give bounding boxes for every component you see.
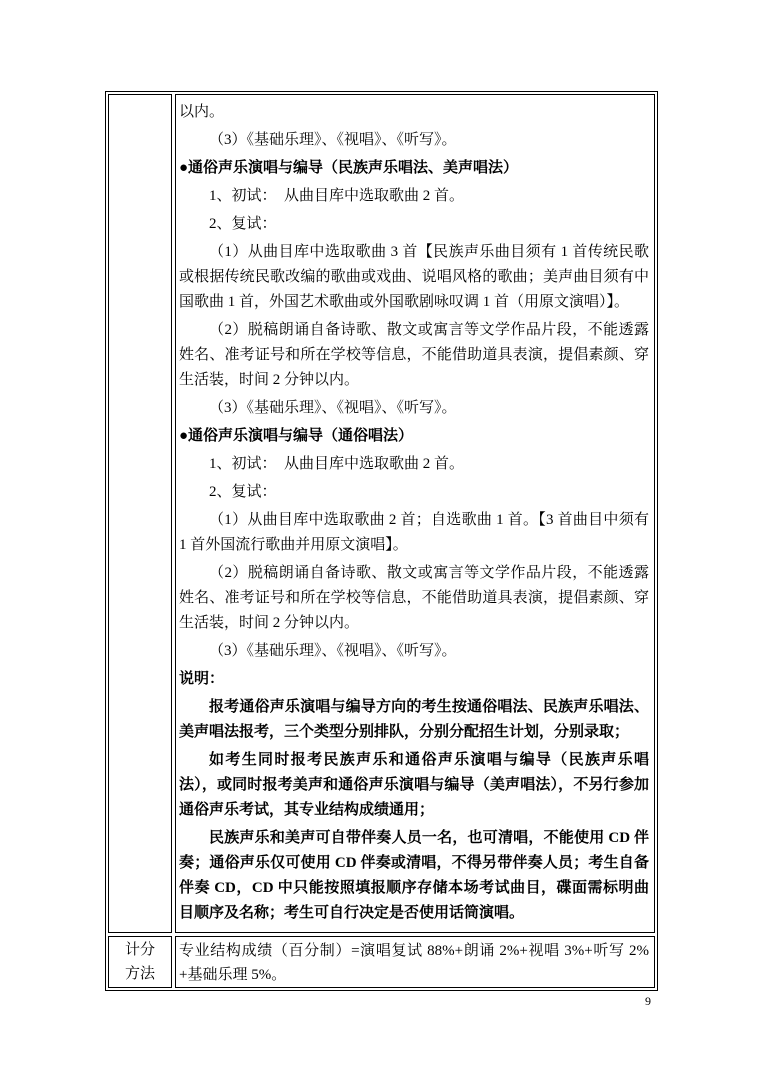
- paragraph: 以内。: [179, 100, 649, 125]
- section-heading: ●通俗声乐演唱与编导（通俗唱法）: [179, 424, 649, 449]
- section-heading: ●通俗声乐演唱与编导（民族声乐唱法、美声唱法）: [179, 156, 649, 181]
- scoring-label-line: 方法: [125, 962, 155, 986]
- requirements-label-cell: [108, 94, 172, 933]
- page-number: 9: [645, 994, 651, 1008]
- paragraph: （2）脱稿朗诵自备诗歌、散文或寓言等文学作品片段，不能透露姓名、准考证号和所在学…: [179, 561, 649, 636]
- note-paragraph: 报考通俗声乐演唱与编导方向的考生按通俗唱法、民族声乐唱法、美声唱法报考，三个类型…: [179, 695, 649, 745]
- scoring-formula: 专业结构成绩（百分制）=演唱复试 88%+朗诵 2%+视唱 3%+听写 2%+基…: [179, 939, 649, 987]
- paragraph: （3）《基础乐理》、《视唱》、《听写》。: [179, 128, 649, 153]
- note-paragraph: 如考生同时报考民族声乐和通俗声乐演唱与编导（民族声乐唱法），或同时报考美声和通俗…: [179, 748, 649, 823]
- paragraph: （3）《基础乐理》、《视唱》、《听写》。: [179, 639, 649, 664]
- table-row-scoring: 计分 方法 专业结构成绩（百分制）=演唱复试 88%+朗诵 2%+视唱 3%+听…: [108, 936, 655, 988]
- scoring-content-cell: 专业结构成绩（百分制）=演唱复试 88%+朗诵 2%+视唱 3%+听写 2%+基…: [175, 936, 655, 988]
- paragraph: 2、复试：: [179, 212, 649, 237]
- paragraph: 1、初试： 从曲目库中选取歌曲 2 首。: [179, 184, 649, 209]
- table-row-requirements: 以内。 （3）《基础乐理》、《视唱》、《听写》。 ●通俗声乐演唱与编导（民族声乐…: [108, 94, 655, 933]
- paragraph: （2）脱稿朗诵自备诗歌、散文或寓言等文学作品片段，不能透露姓名、准考证号和所在学…: [179, 318, 649, 393]
- exam-requirements-table: 以内。 （3）《基础乐理》、《视唱》、《听写》。 ●通俗声乐演唱与编导（民族声乐…: [105, 91, 658, 991]
- paragraph: 1、初试： 从曲目库中选取歌曲 2 首。: [179, 452, 649, 477]
- scoring-label-cell: 计分 方法: [108, 936, 172, 988]
- scoring-label-line: 计分: [125, 938, 155, 962]
- paragraph: （1）从曲目库中选取歌曲 3 首【民族声乐曲目须有 1 首传统民歌或根据传统民歌…: [179, 240, 649, 315]
- paragraph: （3）《基础乐理》、《视唱》、《听写》。: [179, 396, 649, 421]
- paragraph: 2、复试：: [179, 480, 649, 505]
- notes-heading: 说明：: [179, 667, 649, 692]
- document-page: 以内。 （3）《基础乐理》、《视唱》、《听写》。 ●通俗声乐演唱与编导（民族声乐…: [0, 0, 770, 1089]
- paragraph: （1）从曲目库中选取歌曲 2 首；自选歌曲 1 首。【3 首曲目中须有 1 首外…: [179, 508, 649, 558]
- note-paragraph: 民族声乐和美声可自带伴奏人员一名，也可清唱，不能使用 CD 伴奏；通俗声乐仅可使…: [179, 826, 649, 926]
- requirements-content-cell: 以内。 （3）《基础乐理》、《视唱》、《听写》。 ●通俗声乐演唱与编导（民族声乐…: [175, 94, 655, 933]
